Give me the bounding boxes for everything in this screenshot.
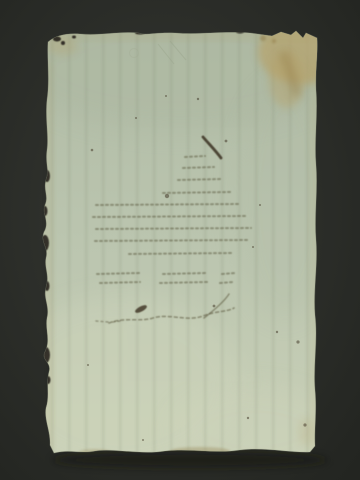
document-photo-canvas	[0, 0, 360, 480]
paper-shadow	[52, 452, 328, 468]
photo-of-document	[0, 0, 360, 480]
